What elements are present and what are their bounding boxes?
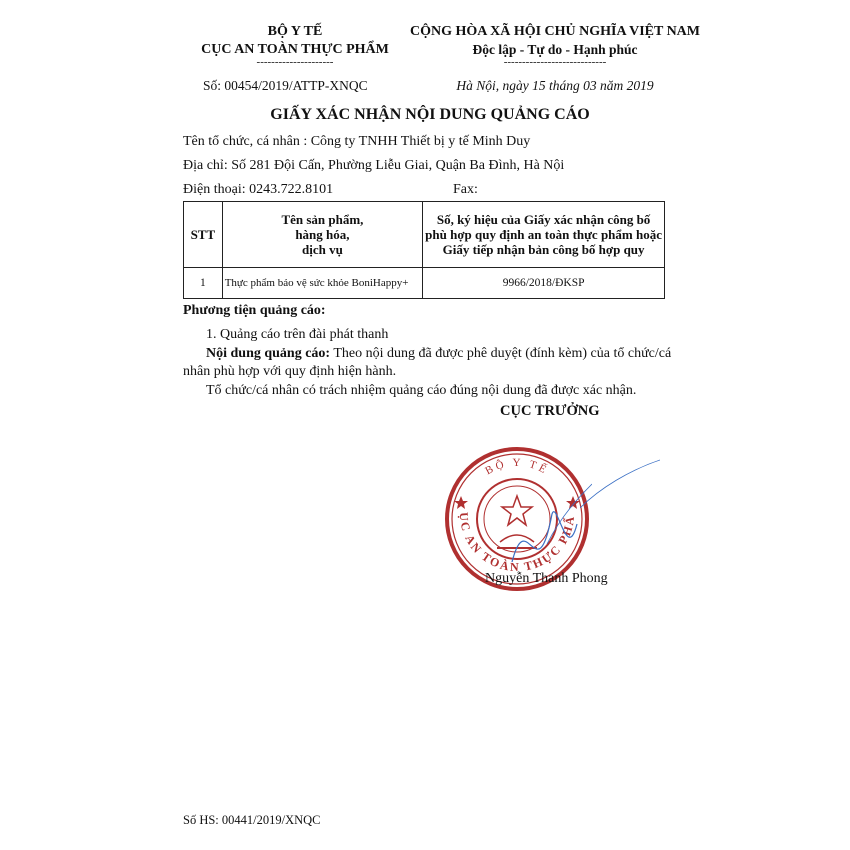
stamp-top-text: BỘ Y TẾ (483, 457, 551, 477)
cell-certificate: 9966/2018/ĐKSP (423, 268, 665, 299)
media-item-1: 1. Quảng cáo trên đài phát thanh (206, 327, 388, 343)
header-product: Tên sản phẩm, hàng hóa, dịch vụ (222, 202, 422, 268)
cell-stt: 1 (184, 268, 223, 299)
content-label: Nội dung quảng cáo: (206, 346, 330, 361)
content-line-2: nhân phù hợp với quy định hiện hành. (183, 364, 396, 380)
right-divider: ---------------------------- (405, 56, 705, 68)
document-number: Số: 00454/2019/ATTP-XNQC (203, 78, 368, 94)
responsibility-line: Tổ chức/cá nhân có trách nhiệm quảng cáo… (206, 383, 636, 399)
table-row: 1 Thực phẩm bảo vệ sức khỏe BoniHappy+ 9… (184, 268, 665, 299)
document-title: GIẤY XÁC NHẬN NỘI DUNG QUẢNG CÁO (180, 106, 680, 124)
content-text: Theo nội dung đã được phê duyệt (đính kè… (330, 346, 671, 361)
file-number: Số HS: 00441/2019/XNQC (183, 813, 321, 828)
fax-line: Fax: (453, 182, 478, 198)
cell-product: Thực phẩm bảo vệ sức khỏe BoniHappy+ (222, 268, 422, 299)
header-stt: STT (184, 202, 223, 268)
phone-line: Điện thoại: 0243.722.8101 (183, 182, 333, 198)
organization-line: Tên tổ chức, cá nhân : Công ty TNHH Thiế… (183, 134, 530, 150)
signer-name: Nguyễn Thanh Phong (485, 571, 608, 587)
media-heading: Phương tiện quảng cáo: (183, 303, 326, 319)
place-date: Hà Nội, ngày 15 tháng 03 năm 2019 (405, 78, 705, 94)
ministry-name: BỘ Y TẾ (180, 24, 410, 40)
content-line-1: Nội dung quảng cáo: Theo nội dung đã đượ… (206, 346, 671, 362)
address-line: Địa chỉ: Số 281 Đội Cấn, Phường Liễu Gia… (183, 158, 564, 174)
product-table: STT Tên sản phẩm, hàng hóa, dịch vụ Số, … (183, 201, 665, 299)
left-divider: --------------------- (180, 56, 410, 68)
signature-stroke (580, 458, 660, 508)
table-header-row: STT Tên sản phẩm, hàng hóa, dịch vụ Số, … (184, 202, 665, 268)
header-certificate: Số, ký hiệu của Giấy xác nhận công bố ph… (423, 202, 665, 268)
star-icon (502, 496, 532, 525)
republic-name: CỘNG HÒA XÃ HỘI CHỦ NGHĨA VIỆT NAM (405, 24, 705, 40)
signatory-title: CỤC TRƯỞNG (500, 403, 600, 420)
